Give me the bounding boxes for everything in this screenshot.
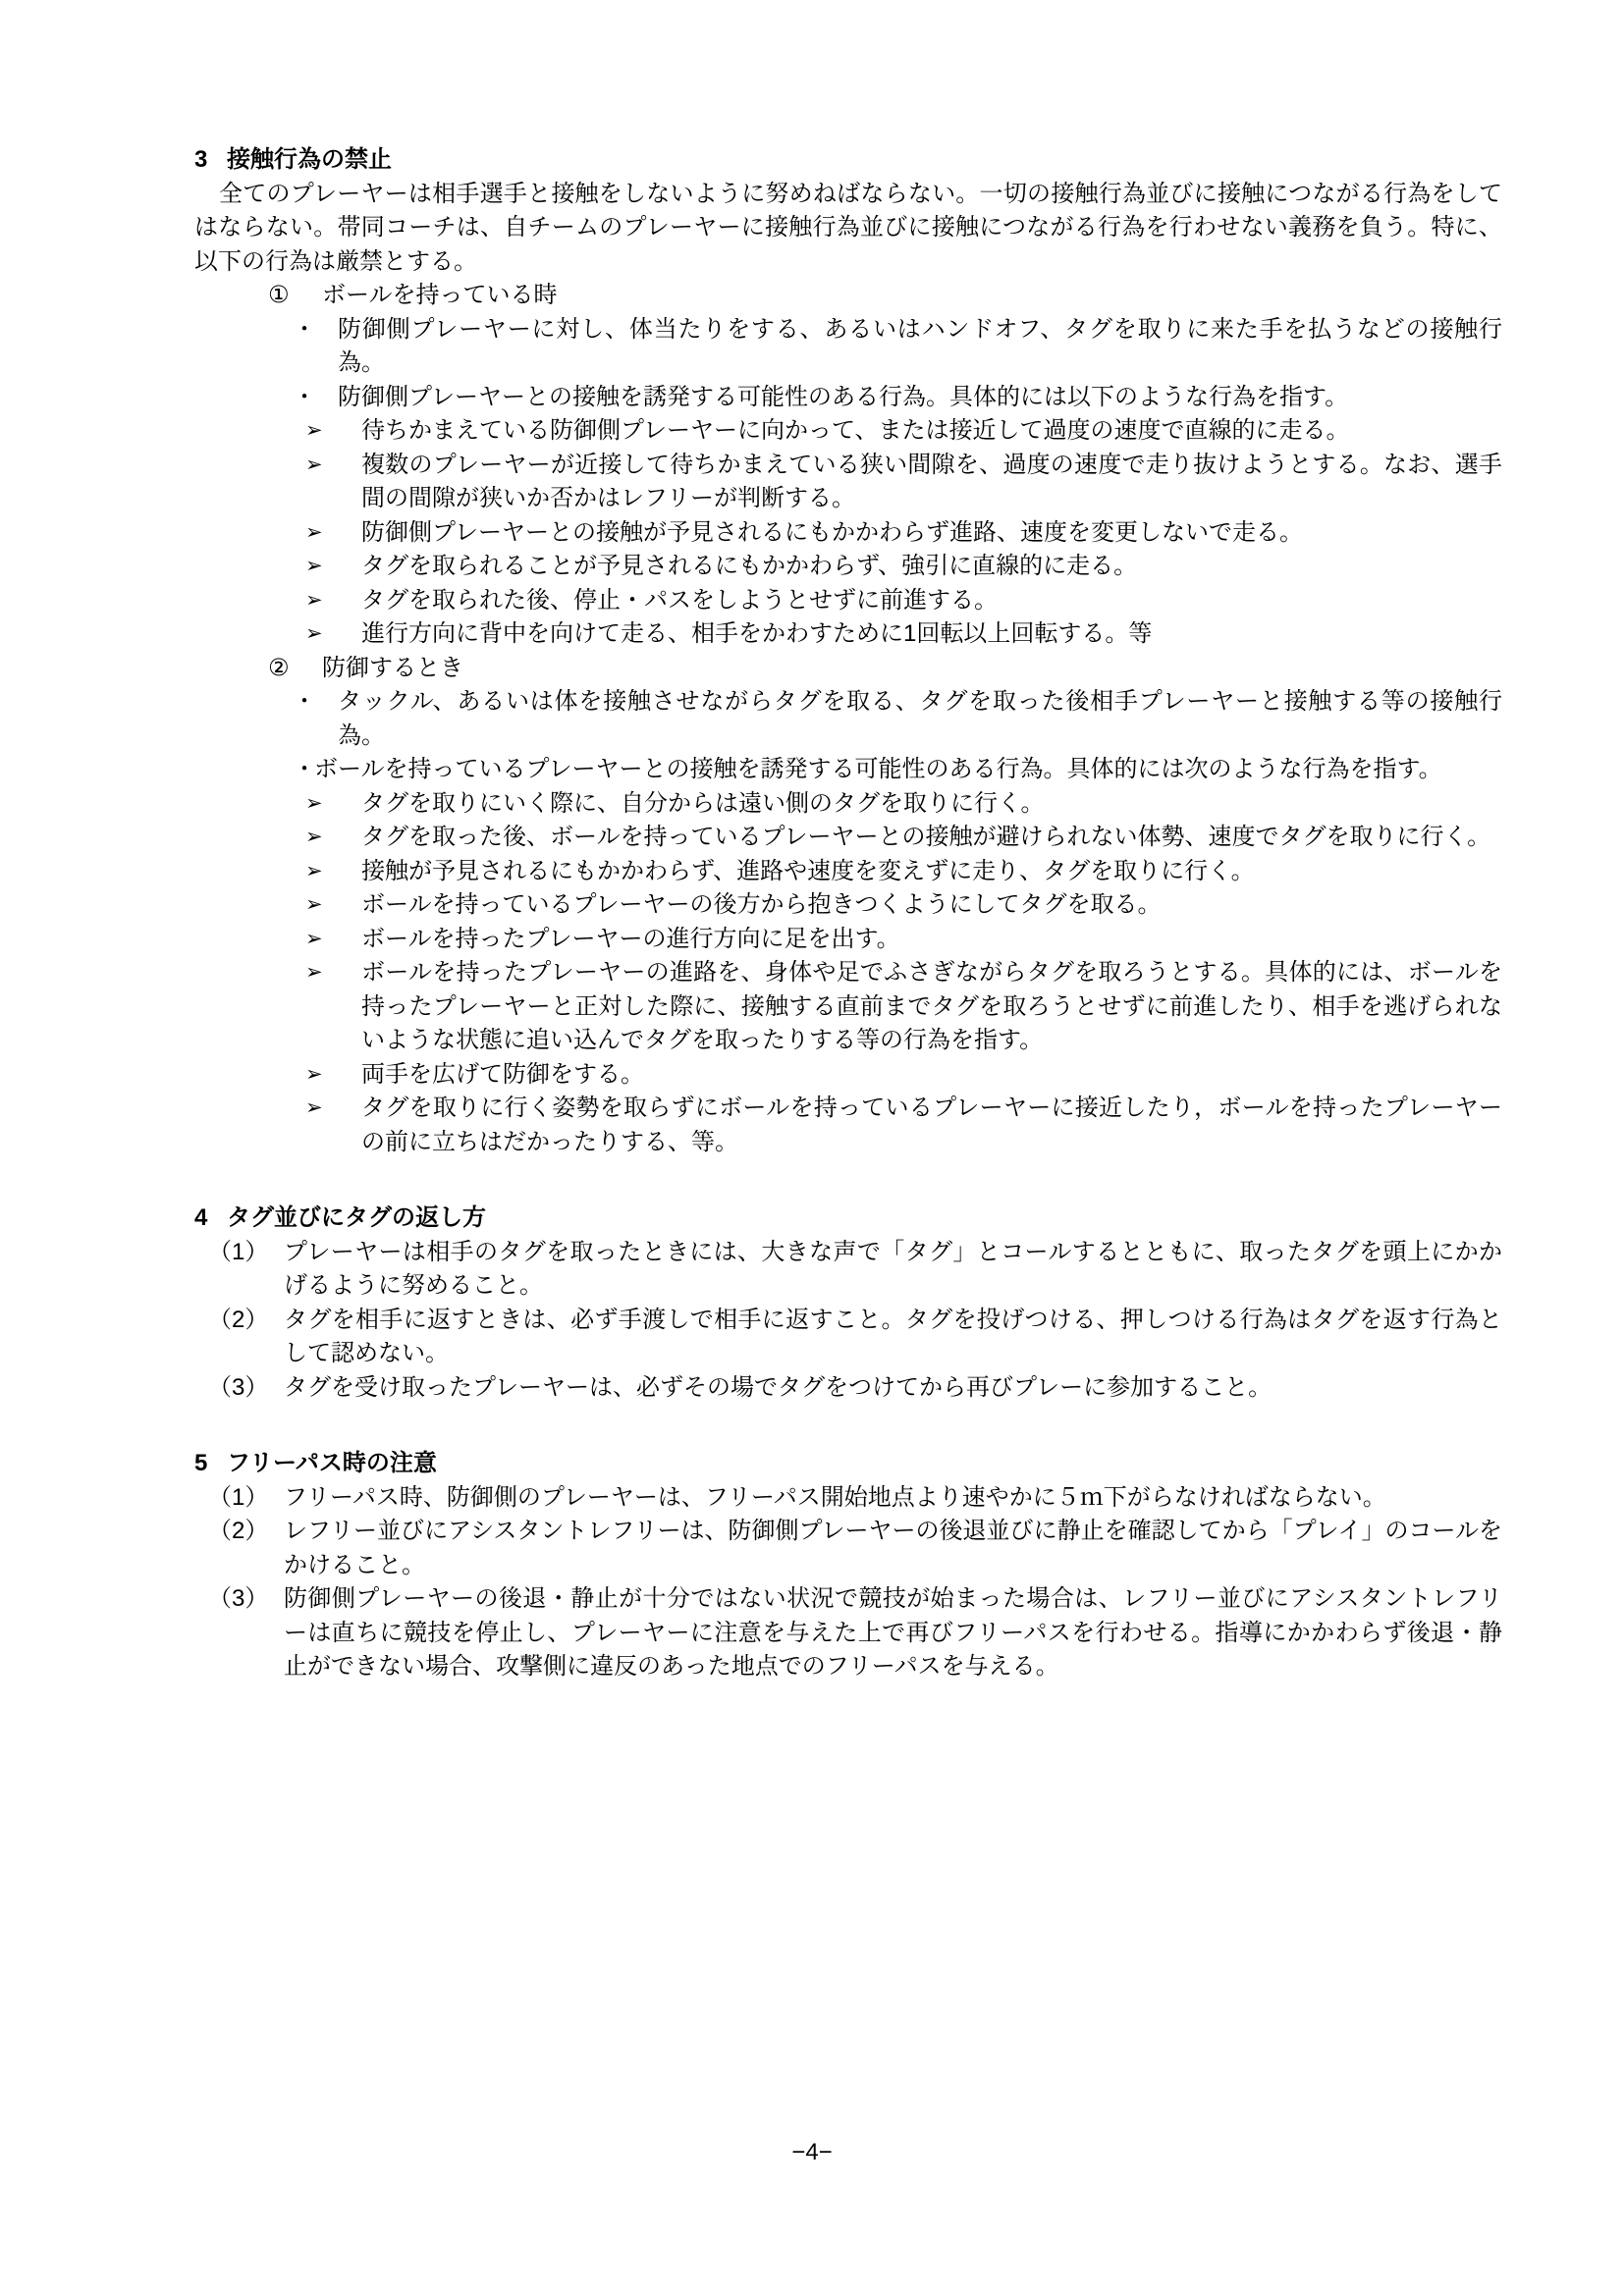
arrow-marker: ➢ [305, 414, 361, 449]
number-marker: （2） [208, 1515, 284, 1582]
section-number: 3 [194, 143, 227, 178]
bullet-marker: ・ [293, 313, 338, 381]
list-item: ➢ 複数のプレーヤーが近接して待ちかまえている狭い間隙を、過度の速度で走り抜けよ… [194, 449, 1502, 516]
section-title: 接触行為の禁止 [227, 143, 1502, 178]
arrow-marker: ➢ [305, 550, 361, 584]
list-item-text: 接触が予見されるにもかかわらず、進路や速度を変えずに走り、タグを取りに行く。 [361, 855, 1502, 889]
list-item: （2） レフリー並びにアシスタントレフリーは、防御側プレーヤーの後退並びに静止を… [194, 1515, 1502, 1582]
bullet-marker: ・ [293, 685, 338, 753]
list-item-text: ボールを持っているプレーヤーの後方から抱きつくようにしてタグを取る。 [361, 888, 1502, 923]
list-item: ➢ 両手を広げて防御をする。 [194, 1058, 1502, 1093]
arrow-marker: ➢ [305, 584, 361, 618]
group-label: ボールを持っている時 [322, 279, 558, 313]
list-item: ➢ タグを取った後、ボールを持っているプレーヤーとの接触が避けられない体勢、速度… [194, 821, 1502, 855]
section-number: 5 [194, 1447, 227, 1481]
list-item-text: 防御側プレーヤーとの接触が予見されるにもかかわらず進路、速度を変更しないで走る。 [361, 516, 1502, 551]
list-item-text: 防御側プレーヤーとの接触を誘発する可能性のある行為。具体的には以下のような行為を… [338, 381, 1502, 415]
list-item-text: タグを受け取ったプレーヤーは、必ずその場でタグをつけてから再びプレーに参加するこ… [284, 1371, 1502, 1406]
arrow-marker: ➢ [305, 516, 361, 551]
list-item-text: 両手を広げて防御をする。 [361, 1058, 1502, 1093]
section-title: タグ並びにタグの返し方 [227, 1201, 1502, 1236]
list-item-text: 進行方向に背中を向けて走る、相手をかわすために1回転以上回転する。等 [361, 617, 1502, 652]
list-item: ➢ ボールを持っているプレーヤーの後方から抱きつくようにしてタグを取る。 [194, 888, 1502, 923]
circled-number-marker: ① [268, 279, 322, 313]
bullet-marker: ・ [293, 753, 314, 787]
list-item: ➢ タグを取りに行く姿勢を取らずにボールを持っているプレーヤーに接近したり，ボー… [194, 1092, 1502, 1159]
list-item: ➢ 進行方向に背中を向けて走る、相手をかわすために1回転以上回転する。等 [194, 617, 1502, 652]
list-item-text: レフリー並びにアシスタントレフリーは、防御側プレーヤーの後退並びに静止を確認して… [284, 1515, 1502, 1582]
list-item: （2） タグを相手に返すときは、必ず手渡しで相手に返すこと。タグを投げつける、押… [194, 1304, 1502, 1371]
section-intro: 全てのプレーヤーは相手選手と接触をしないように努めねばならない。一切の接触行為並… [194, 178, 1502, 280]
list-item: ➢ 待ちかまえている防御側プレーヤーに向かって、または接近して過度の速度で直線的… [194, 414, 1502, 449]
list-item: ➢ ボールを持ったプレーヤーの進路を、身体や足でふさぎながらタグを取ろうとする。… [194, 956, 1502, 1058]
arrow-marker: ➢ [305, 787, 361, 822]
list-item-text: タグを取られることが予見されるにもかかわらず、強引に直線的に走る。 [361, 550, 1502, 584]
list-item-text: タグを取りにいく際に、自分からは遠い側のタグを取りに行く。 [361, 787, 1502, 822]
list-item-text: タックル、あるいは体を接触させながらタグを取る、タグを取った後相手プレーヤーと接… [338, 685, 1502, 753]
list-item: ➢ タグを取られることが予見されるにもかかわらず、強引に直線的に走る。 [194, 550, 1502, 584]
number-marker: （1） [208, 1481, 284, 1516]
arrow-marker: ➢ [305, 1092, 361, 1159]
page-number: −4− [0, 2136, 1624, 2170]
list-item: ・ 防御側プレーヤーとの接触を誘発する可能性のある行為。具体的には以下のような行… [194, 381, 1502, 415]
arrow-marker: ➢ [305, 617, 361, 652]
number-marker: （3） [208, 1371, 284, 1406]
list-item-text: タグを取りに行く姿勢を取らずにボールを持っているプレーヤーに接近したり，ボールを… [361, 1092, 1502, 1159]
section-free-pass: 5 フリーパス時の注意 （1） フリーパス時、防御側のプレーヤーは、フリーパス開… [194, 1447, 1502, 1684]
list-item-text: 複数のプレーヤーが近接して待ちかまえている狭い間隙を、過度の速度で走り抜けようと… [361, 449, 1502, 516]
list-item: ・ ボールを持っているプレーヤーとの接触を誘発する可能性のある行為。具体的には次… [194, 753, 1502, 787]
group-label-line: ② 防御するとき [194, 652, 1502, 686]
page-content: 3 接触行為の禁止 全てのプレーヤーは相手選手と接触をしないように努めねばならな… [194, 143, 1502, 1684]
number-marker: （3） [208, 1582, 284, 1684]
group-label: 防御するとき [322, 652, 463, 686]
document-page: 3 接触行為の禁止 全てのプレーヤーは相手選手と接触をしないように努めねばならな… [0, 0, 1624, 2296]
section-heading: 3 接触行為の禁止 [194, 143, 1502, 178]
arrow-marker: ➢ [305, 449, 361, 516]
list-item: ➢ 接触が予見されるにもかかわらず、進路や速度を変えずに走り、タグを取りに行く。 [194, 855, 1502, 889]
list-item-text: ボールを持っているプレーヤーとの接触を誘発する可能性のある行為。具体的には次のよ… [314, 753, 1502, 787]
arrow-marker: ➢ [305, 855, 361, 889]
section-tag-return: 4 タグ並びにタグの返し方 （1） プレーヤーは相手のタグを取ったときには、大き… [194, 1201, 1502, 1405]
list-item: （3） タグを受け取ったプレーヤーは、必ずその場でタグをつけてから再びプレーに参… [194, 1371, 1502, 1406]
list-item: ➢ タグを取りにいく際に、自分からは遠い側のタグを取りに行く。 [194, 787, 1502, 822]
list-item-text: プレーヤーは相手のタグを取ったときには、大きな声で「タグ」とコールするとともに、… [284, 1236, 1502, 1304]
arrow-marker: ➢ [305, 956, 361, 1058]
list-item-text: 待ちかまえている防御側プレーヤーに向かって、または接近して過度の速度で直線的に走… [361, 414, 1502, 449]
list-item: ・ タックル、あるいは体を接触させながらタグを取る、タグを取った後相手プレーヤー… [194, 685, 1502, 753]
list-item: （1） プレーヤーは相手のタグを取ったときには、大きな声で「タグ」とコールすると… [194, 1236, 1502, 1304]
section-heading: 4 タグ並びにタグの返し方 [194, 1201, 1502, 1236]
arrow-marker: ➢ [305, 923, 361, 957]
arrow-marker: ➢ [305, 888, 361, 923]
group-label-line: ① ボールを持っている時 [194, 279, 1502, 313]
bullet-marker: ・ [293, 381, 338, 415]
arrow-marker: ➢ [305, 1058, 361, 1093]
list-item-text: フリーパス時、防御側のプレーヤーは、フリーパス開始地点より速やかに５ｍ下がらなけ… [284, 1481, 1502, 1516]
circled-number-marker: ② [268, 652, 322, 686]
section-contact-prohibition: 3 接触行為の禁止 全てのプレーヤーは相手選手と接触をしないように努めねばならな… [194, 143, 1502, 1159]
list-item-text: タグを相手に返すときは、必ず手渡しで相手に返すこと。タグを投げつける、押しつける… [284, 1304, 1502, 1371]
section-heading: 5 フリーパス時の注意 [194, 1447, 1502, 1481]
list-item: ➢ ボールを持ったプレーヤーの進行方向に足を出す。 [194, 923, 1502, 957]
list-item: ➢ タグを取られた後、停止・パスをしようとせずに前進する。 [194, 584, 1502, 618]
list-item: ・ 防御側プレーヤーに対し、体当たりをする、あるいはハンドオフ、タグを取りに来た… [194, 313, 1502, 381]
list-item: （1） フリーパス時、防御側のプレーヤーは、フリーパス開始地点より速やかに５ｍ下… [194, 1481, 1502, 1516]
list-item-text: タグを取った後、ボールを持っているプレーヤーとの接触が避けられない体勢、速度でタ… [361, 821, 1502, 855]
number-marker: （2） [208, 1304, 284, 1371]
list-item-text: 防御側プレーヤーの後退・静止が十分ではない状況で競技が始まった場合は、レフリー並… [284, 1582, 1502, 1684]
list-item-text: ボールを持ったプレーヤーの進行方向に足を出す。 [361, 923, 1502, 957]
list-item: （3） 防御側プレーヤーの後退・静止が十分ではない状況で競技が始まった場合は、レ… [194, 1582, 1502, 1684]
number-marker: （1） [208, 1236, 284, 1304]
section-number: 4 [194, 1201, 227, 1236]
section-title: フリーパス時の注意 [227, 1447, 1502, 1481]
list-item-text: 防御側プレーヤーに対し、体当たりをする、あるいはハンドオフ、タグを取りに来た手を… [338, 313, 1502, 381]
list-item-text: ボールを持ったプレーヤーの進路を、身体や足でふさぎながらタグを取ろうとする。具体… [361, 956, 1502, 1058]
list-item-text: タグを取られた後、停止・パスをしようとせずに前進する。 [361, 584, 1502, 618]
list-item: ➢ 防御側プレーヤーとの接触が予見されるにもかかわらず進路、速度を変更しないで走… [194, 516, 1502, 551]
arrow-marker: ➢ [305, 821, 361, 855]
